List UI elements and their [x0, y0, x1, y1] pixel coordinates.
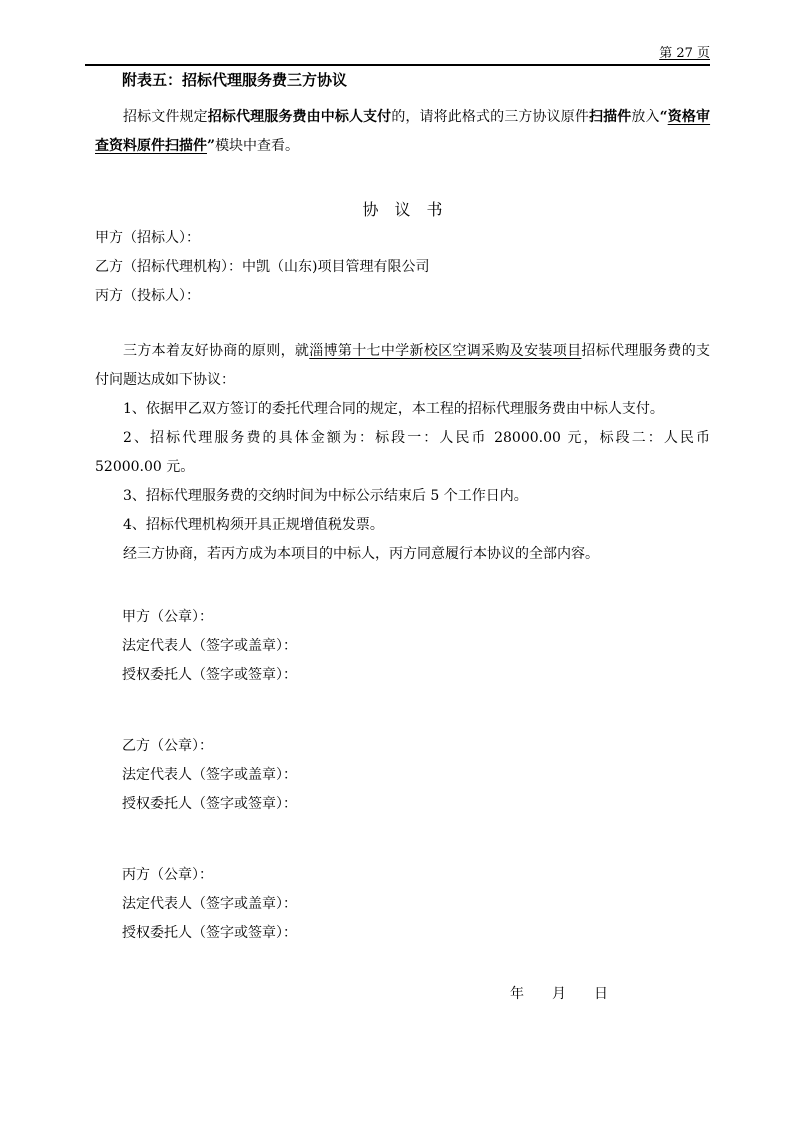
intro-run-plain: 放入 [631, 109, 659, 125]
sig-party-line: 丙方（公章）： [122, 861, 710, 890]
sig-attorney-line: 授权委托人（签字或签章）： [122, 661, 710, 690]
clause-4: 4、招标代理机构须开具正规增值税发票。 [95, 511, 710, 540]
intro-paragraph: 招标文件规定招标代理服务费由中标人支付的，请将此格式的三方协议原件扫描件放入“资… [95, 103, 710, 161]
clause-closing: 经三方协商，若丙方成为本项目的中标人，丙方同意履行本协议的全部内容。 [95, 540, 710, 569]
document-page: 第 27 页 附表五：招标代理服务费三方协议 招标文件规定招标代理服务费由中标人… [0, 0, 793, 1122]
agreement-title: 协 议 书 [95, 195, 710, 224]
intro-run-plain: 模块中查看。 [215, 138, 299, 154]
clause-2: 2、招标代理服务费的具体金额为：标段一：人民币 28000.00 元，标段二：人… [95, 424, 710, 482]
intro-run-bold-payment: 招标代理服务费由中标人支付 [208, 109, 392, 125]
intro-open-quote: “ [660, 109, 668, 125]
clauses-section: 1、依据甲乙双方签订的委托代理合同的规定，本工程的招标代理服务费由中标人支付。 … [95, 395, 710, 569]
page-number: 第 27 页 [659, 46, 710, 61]
sig-party-line: 甲方（公章）： [122, 603, 710, 632]
parties-section: 甲方（招标人）： 乙方（招标代理机构）：中凯（山东)项目管理有限公司 丙方（投标… [95, 224, 710, 311]
party-line-yifang: 乙方（招标代理机构）：中凯（山东)项目管理有限公司 [95, 253, 710, 282]
intro-run-plain: 的，请将此格式的三方协议原件 [391, 109, 589, 125]
party-line-bingfang: 丙方（投标人）： [95, 282, 710, 311]
sig-legal-rep-line: 法定代表人（签字或盖章）： [122, 632, 710, 661]
header-divider [85, 64, 710, 66]
signature-block-bingfang: 丙方（公章）： 法定代表人（签字或盖章）： 授权委托人（签字或签章）： [95, 861, 710, 948]
sig-attorney-line: 授权委托人（签字或签章）： [122, 919, 710, 948]
preamble-project-name: 淄博第十七中学新校区空调采购及安装项目 [309, 343, 581, 359]
clause-1: 1、依据甲乙双方签订的委托代理合同的规定，本工程的招标代理服务费由中标人支付。 [95, 395, 710, 424]
sig-legal-rep-line: 法定代表人（签字或盖章）： [122, 761, 710, 790]
intro-run-plain: 招标文件规定 [123, 109, 208, 125]
preamble-run-plain: 三方本着友好协商的原则，就 [123, 343, 309, 359]
sig-party-line: 乙方（公章）： [122, 732, 710, 761]
signature-block-yifang: 乙方（公章）： 法定代表人（签字或盖章）： 授权委托人（签字或签章）： [95, 732, 710, 819]
sig-attorney-line: 授权委托人（签字或签章）： [122, 790, 710, 819]
clause-3: 3、招标代理服务费的交纳时间为中标公示结束后 5 个工作日内。 [95, 482, 710, 511]
sig-legal-rep-line: 法定代表人（签字或盖章）： [122, 890, 710, 919]
intro-close-quote: ” [207, 138, 215, 154]
doc-title: 附表五：招标代理服务费三方协议 [95, 68, 710, 92]
preamble-paragraph: 三方本着友好协商的原则，就淄博第十七中学新校区空调采购及安装项目招标代理服务费的… [95, 337, 710, 395]
page-header: 第 27 页 [95, 46, 710, 62]
date-line: 年 月 日 [95, 980, 710, 1009]
signature-block-jiafang: 甲方（公章）： 法定代表人（签字或盖章）： 授权委托人（签字或签章）： [95, 603, 710, 690]
party-line-jiafang: 甲方（招标人）： [95, 224, 710, 253]
intro-run-bold-scan: 扫描件 [589, 109, 631, 125]
